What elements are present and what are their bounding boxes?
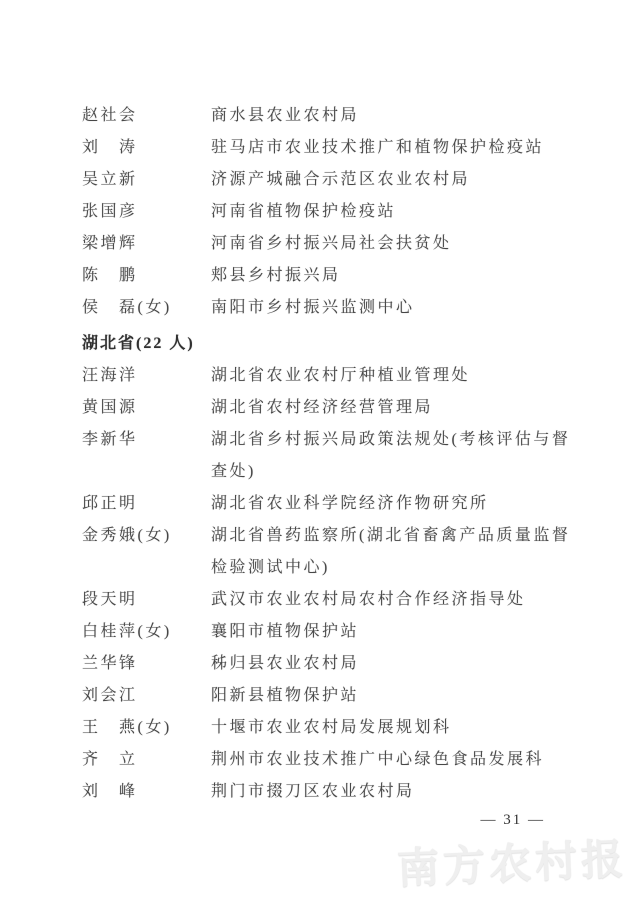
page-number: — 31 — [481,810,546,830]
organization: 南阳市乡村振兴监测中心 [211,292,585,324]
document-page: 赵社会 商水县农业农村局 刘 涛 驻马店市农业技术推广和植物保护检疫站 吴立新 … [0,0,640,905]
person-name: 李新华 [82,424,211,456]
roster-row: 刘 涛 驻马店市农业技术推广和植物保护检疫站 [82,132,587,164]
roster-row: 吴立新 济源产城融合示范区农业农村局 [82,164,587,196]
person-name: 齐 立 [82,744,211,776]
person-name: 汪海洋 [82,360,211,392]
person-name: 梁增辉 [82,228,211,260]
person-name: 赵社会 [82,100,211,132]
roster-row: 邱正明 湖北省农业科学院经济作物研究所 [82,488,587,520]
person-name: 刘会江 [82,680,211,712]
organization: 河南省乡村振兴局社会扶贫处 [211,228,585,260]
watermark: 南方农村报 [396,826,628,896]
roster-section-hubei: 汪海洋 湖北省农业农村厅种植业管理处 黄国源 湖北省农村经济经营管理局 李新华 … [82,360,587,808]
roster-row: 李新华 湖北省乡村振兴局政策法规处(考核评估与督查处) [82,424,587,488]
person-name: 兰华锋 [82,648,211,680]
organization: 驻马店市农业技术推广和植物保护检疫站 [211,132,585,164]
person-name: 吴立新 [82,164,211,196]
organization: 十堰市农业农村局发展规划科 [211,712,585,744]
roster-row: 王 燕(女) 十堰市农业农村局发展规划科 [82,712,587,744]
organization: 济源产城融合示范区农业农村局 [211,164,585,196]
roster-row: 赵社会 商水县农业农村局 [82,100,587,132]
organization: 湖北省乡村振兴局政策法规处(考核评估与督查处) [211,424,585,488]
roster-list: 赵社会 商水县农业农村局 刘 涛 驻马店市农业技术推广和植物保护检疫站 吴立新 … [82,100,587,808]
person-name: 金秀娥(女) [82,520,211,552]
organization: 商水县农业农村局 [211,100,585,132]
person-name: 张国彦 [82,196,211,228]
roster-row: 段天明 武汉市农业农村局农村合作经济指导处 [82,584,587,616]
person-name: 段天明 [82,584,211,616]
roster-row: 张国彦 河南省植物保护检疫站 [82,196,587,228]
person-name: 王 燕(女) [82,712,211,744]
roster-row: 侯 磊(女) 南阳市乡村振兴监测中心 [82,292,587,324]
organization: 河南省植物保护检疫站 [211,196,585,228]
organization: 湖北省农业农村厅种植业管理处 [211,360,585,392]
roster-row: 白桂萍(女) 襄阳市植物保护站 [82,616,587,648]
organization: 荆门市掇刀区农业农村局 [211,776,585,808]
person-name: 邱正明 [82,488,211,520]
person-name: 侯 磊(女) [82,292,211,324]
person-name: 白桂萍(女) [82,616,211,648]
roster-row: 梁增辉 河南省乡村振兴局社会扶贫处 [82,228,587,260]
organization: 湖北省农村经济经营管理局 [211,392,585,424]
person-name: 黄国源 [82,392,211,424]
organization: 武汉市农业农村局农村合作经济指导处 [211,584,585,616]
section-header-hubei: 湖北省(22 人) [82,328,587,360]
roster-row: 汪海洋 湖北省农业农村厅种植业管理处 [82,360,587,392]
roster-row: 齐 立 荆州市农业技术推广中心绿色食品发展科 [82,744,587,776]
roster-row: 金秀娥(女) 湖北省兽药监察所(湖北省畜禽产品质量监督检验测试中心) [82,520,587,584]
roster-row: 陈 鹏 郏县乡村振兴局 [82,260,587,292]
organization: 郏县乡村振兴局 [211,260,585,292]
organization: 湖北省农业科学院经济作物研究所 [211,488,585,520]
person-name: 刘 涛 [82,132,211,164]
organization: 秭归县农业农村局 [211,648,585,680]
roster-row: 黄国源 湖北省农村经济经营管理局 [82,392,587,424]
organization: 湖北省兽药监察所(湖北省畜禽产品质量监督检验测试中心) [211,520,585,584]
organization: 襄阳市植物保护站 [211,616,585,648]
roster-row: 刘会江 阳新县植物保护站 [82,680,587,712]
person-name: 陈 鹏 [82,260,211,292]
roster-row: 兰华锋 秭归县农业农村局 [82,648,587,680]
organization: 阳新县植物保护站 [211,680,585,712]
person-name: 刘 峰 [82,776,211,808]
organization: 荆州市农业技术推广中心绿色食品发展科 [211,744,585,776]
roster-row: 刘 峰 荆门市掇刀区农业农村局 [82,776,587,808]
roster-section-henan-continued: 赵社会 商水县农业农村局 刘 涛 驻马店市农业技术推广和植物保护检疫站 吴立新 … [82,100,587,324]
